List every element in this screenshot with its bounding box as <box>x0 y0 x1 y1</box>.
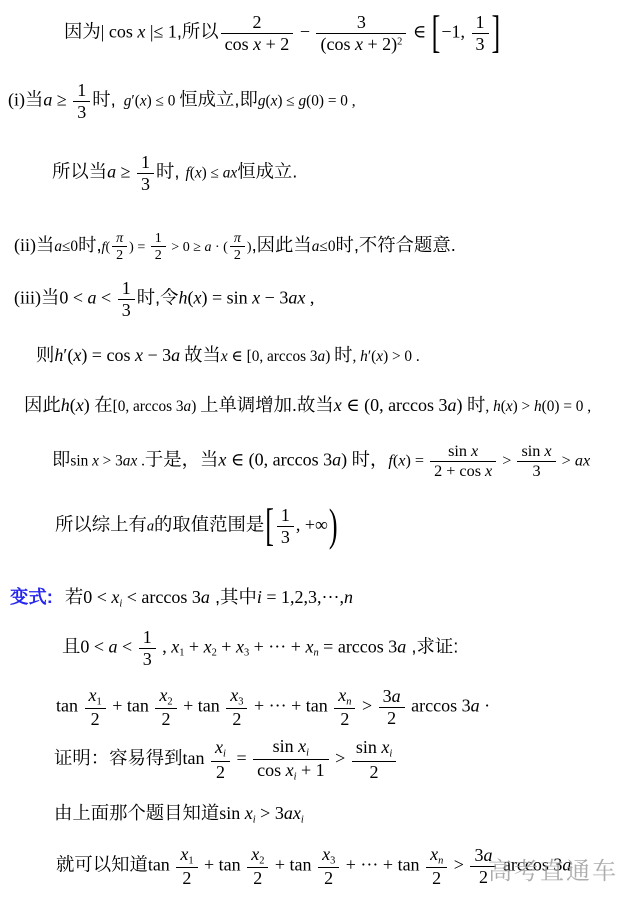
math-run: 2 <box>234 247 241 263</box>
math-run: + tan <box>179 696 225 716</box>
subscript: 1 <box>97 696 102 707</box>
math-variable: ax <box>575 451 590 469</box>
subscript: 1 <box>188 855 193 866</box>
math-variable: a <box>392 686 401 706</box>
math-variable: a <box>201 587 210 607</box>
math-run: , <box>485 398 493 415</box>
math-run: 1 <box>476 12 485 32</box>
math-run: 2 <box>387 708 396 728</box>
math-variable: x <box>195 164 202 181</box>
math-run: 2 <box>253 868 262 888</box>
text-run: 时, <box>156 160 179 181</box>
numerator: 1 <box>472 12 489 33</box>
condition-line: 且0 < a < 13 , x1 + x2 + x3 + ··· + xn = … <box>62 627 458 669</box>
denominator: 2 <box>230 246 245 263</box>
math-run: (cos <box>320 34 355 54</box>
denominator: 2 <box>352 761 396 783</box>
numerator: x2 <box>247 844 268 867</box>
math-run: 2 + cos <box>434 462 485 480</box>
denominator: 2 <box>112 246 127 263</box>
math-variable: x <box>236 636 244 656</box>
math-run: (i) <box>8 89 25 109</box>
numerator: xi <box>211 737 230 760</box>
math-run: ≤0 <box>62 238 78 255</box>
math-variable: a <box>109 636 118 656</box>
text-run: 的取值范围是 <box>154 513 264 534</box>
denominator: cos x + 2 <box>221 33 294 55</box>
math-run: 2 <box>324 868 333 888</box>
math-run: 3 <box>357 12 366 32</box>
math-run: ′( <box>63 345 73 365</box>
numerator: π <box>112 230 127 246</box>
bracket: [ <box>431 5 442 62</box>
math-variable: x <box>286 760 294 780</box>
math-variable: ax <box>284 803 301 823</box>
math-run: arccos 3 <box>407 696 471 716</box>
math-run: ) <box>84 395 95 415</box>
math-variable: x <box>471 442 478 460</box>
math-run: · <box>480 696 491 716</box>
inequality-chain-line: 即sin x > 3ax .于是，当x ∈ (0, arccos 3a) 时，f… <box>52 442 590 480</box>
denominator: 3 <box>118 299 135 321</box>
fraction: sin x3 <box>517 442 555 480</box>
denominator: 2 <box>226 708 247 730</box>
numerator: x3 <box>226 685 247 708</box>
math-variable: h <box>493 398 501 415</box>
fraction: 13 <box>472 12 489 54</box>
math-run: > <box>331 748 350 768</box>
math-variable: x <box>253 34 261 54</box>
text-run: 当 <box>25 88 43 109</box>
math-run: sin <box>448 442 471 460</box>
math-variable: x <box>355 34 363 54</box>
text-run: 故当 <box>184 344 221 365</box>
text-run: 则 <box>36 344 54 365</box>
math-run: ) = <box>129 239 149 255</box>
denominator: 3 <box>139 648 156 670</box>
subscript: 3 <box>238 696 243 707</box>
math-run: 3 <box>122 300 131 320</box>
math-variable: a <box>332 449 341 469</box>
math-run: sin <box>219 803 245 823</box>
fraction: xn2 <box>426 844 447 889</box>
math-run: ) ≤ 0 <box>147 92 180 109</box>
case-iii-line: (iii)当0 < a < 13时,令h(x) = sin x − 3ax , <box>14 278 314 320</box>
math-run: ) = <box>405 451 428 469</box>
math-variable: x <box>76 395 84 415</box>
subscript: i <box>301 814 304 825</box>
case-i-line: (i)当a ≥ 13时,g′(x) ≤ 0 恒成立,即g(x) ≤ g(0) =… <box>8 80 356 122</box>
denominator: (cos x + 2)2 <box>316 33 406 55</box>
math-run: 3 <box>383 686 392 706</box>
math-run: 2 <box>370 762 379 782</box>
fraction: xi2 <box>211 737 230 782</box>
math-variable: x <box>92 452 99 469</box>
math-run: 1 <box>77 80 86 100</box>
numerator: xn <box>426 844 447 867</box>
denominator: 2 <box>176 867 197 889</box>
fraction: π2 <box>230 230 245 263</box>
math-variable: x <box>221 348 228 365</box>
math-variable: ax <box>288 287 305 307</box>
denominator: 2 <box>155 708 176 730</box>
fraction: x22 <box>155 685 176 730</box>
math-run: ≥ <box>52 89 71 109</box>
math-variable: ax <box>223 164 237 181</box>
subscript: 3 <box>330 855 335 866</box>
bracket: [ <box>264 498 275 555</box>
math-variable: h <box>534 398 542 415</box>
denominator: 3 <box>472 33 489 55</box>
lemma-line: 由上面那个题目知道sin xi > 3axi <box>54 802 304 826</box>
math-run: > 3 <box>99 452 123 469</box>
numerator: 2 <box>221 12 294 33</box>
math-run: |≤ 1 <box>145 21 176 41</box>
claim-line: tan x12 + tan x22 + tan x32 + ··· + tan … <box>56 685 490 730</box>
text-run: 时 <box>334 344 352 365</box>
subscript: i <box>223 749 226 760</box>
denominator: 2 <box>151 246 166 263</box>
math-run: sin <box>273 736 299 756</box>
text-run: 证明：容易得到 <box>54 747 183 768</box>
text-run: 所以综上有 <box>55 513 147 534</box>
derivative-line: 则h′(x) = cos x − 3a故当x ∈ [0, arccos 3a) … <box>36 344 420 367</box>
math-run: tan <box>183 748 210 768</box>
denominator: 3 <box>137 173 154 195</box>
text-run: 于是，当 <box>145 448 218 469</box>
denominator: 2 <box>85 708 106 730</box>
fraction: x22 <box>247 844 268 889</box>
math-run: > <box>449 855 468 875</box>
subscript: i <box>389 749 392 760</box>
solution-document: 因为| cos x |≤ 1,所以2cos x + 2 − 3(cos x + … <box>0 0 638 904</box>
numerator: sin xi <box>253 736 329 759</box>
denominator: 2 <box>379 707 405 729</box>
math-variable: a <box>107 161 116 181</box>
math-variable: x <box>171 636 179 656</box>
fraction: 3(cos x + 2)2 <box>316 12 406 54</box>
math-variable: a <box>54 238 62 255</box>
math-run: ) ≤ <box>277 92 298 109</box>
math-run: 0 < <box>80 636 108 656</box>
math-variable: x <box>251 844 259 864</box>
math-run: , <box>353 348 361 365</box>
math-variable: x <box>544 442 551 460</box>
math-run: 2 <box>116 247 123 263</box>
math-variable: a <box>397 636 406 656</box>
math-run: ) > 0 . <box>383 348 420 365</box>
math-run: + ··· + tan <box>341 855 424 875</box>
math-run: , <box>158 636 172 656</box>
range-conclusion-line: 所以综上有a的取值范围是[13, +∞) <box>55 505 339 547</box>
math-variable: x <box>298 736 306 756</box>
math-run: 3 <box>281 527 290 547</box>
math-run: ) <box>341 449 352 469</box>
denominator: 2 <box>318 867 339 889</box>
denominator: 3 <box>517 461 555 481</box>
math-run: . <box>137 452 145 469</box>
math-run: ) > <box>513 398 534 415</box>
math-run: + ··· + <box>249 636 305 656</box>
math-variable: x <box>245 803 253 823</box>
numerator: xn <box>334 685 355 708</box>
math-run: + 2 <box>261 34 289 54</box>
text-run: ,其中 <box>210 586 257 607</box>
numerator: 1 <box>73 80 90 101</box>
text-run: 因为 <box>64 20 101 41</box>
math-run: 2 <box>232 709 241 729</box>
fraction: x12 <box>85 685 106 730</box>
text-run: 在 <box>94 394 112 415</box>
text-run: 当 <box>36 234 54 255</box>
math-run: ≤0 <box>319 238 335 255</box>
text-run: 由上面那个题目知道 <box>54 802 219 823</box>
variation-line: 变式:若0 < xi < arccos 3a ,其中i = 1,2,3,···,… <box>10 586 353 610</box>
subscript: 2 <box>167 696 172 707</box>
text-run: 即 <box>52 448 70 469</box>
math-run: (0) = 0 , <box>306 92 355 109</box>
math-variable: n <box>344 587 353 607</box>
math-run: = 1,2,3,···, <box>262 587 344 607</box>
math-run: ′( <box>131 92 139 109</box>
math-run: cos <box>225 34 254 54</box>
math-run: ∈ <box>408 21 430 41</box>
denominator: 2 <box>426 867 447 889</box>
text-run: 就可以知道 <box>56 854 148 875</box>
numerator: x1 <box>85 685 106 708</box>
text-run: 时,不符合题意. <box>335 234 455 255</box>
math-variable: ax <box>123 452 137 469</box>
math-run: − 3 <box>260 287 288 307</box>
numerator: sin x <box>517 442 555 461</box>
math-run: sin <box>356 737 382 757</box>
math-run: 0 < <box>59 287 87 307</box>
math-run: + tan <box>270 855 316 875</box>
text-run: 上单调增加.故当 <box>200 394 334 415</box>
text-run: 所以当 <box>52 160 107 181</box>
math-run: + tan <box>108 696 154 716</box>
numerator: 1 <box>277 505 294 526</box>
intro-inequality-line: 因为| cos x |≤ 1,所以2cos x + 2 − 3(cos x + … <box>64 12 501 54</box>
math-variable: h <box>61 395 70 415</box>
math-run: − 3 <box>143 345 171 365</box>
text-run: ,因此当 <box>252 234 312 255</box>
math-run: tan <box>148 855 175 875</box>
math-run: + 1 <box>297 760 325 780</box>
math-variable: x <box>334 395 342 415</box>
fraction: 3a2 <box>379 686 405 728</box>
numerator: sin xi <box>352 737 396 760</box>
math-run: 2 <box>432 868 441 888</box>
fraction: 12 <box>151 230 166 263</box>
math-run: ) = cos <box>81 345 135 365</box>
bracket: ) <box>328 498 339 555</box>
denominator: 3 <box>277 526 294 548</box>
math-run: ′( <box>368 348 376 365</box>
fraction: x12 <box>176 844 197 889</box>
numerator: π <box>230 230 245 246</box>
case-ii-line: (ii)当a≤0时,f(π2) = 12 > 0 ≥ a · (π2),因此当a… <box>14 230 456 263</box>
math-variable: a <box>88 287 97 307</box>
math-run: + <box>184 636 203 656</box>
numerator: sin x <box>430 442 496 461</box>
numerator: 1 <box>137 152 154 173</box>
math-run: ≥ <box>116 161 135 181</box>
math-run: 2 <box>216 762 225 782</box>
math-run: ∈ (0, arccos 3 <box>226 449 332 469</box>
fraction: 13 <box>277 505 294 547</box>
math-run: ) ≤ <box>202 164 223 181</box>
fraction: x32 <box>318 844 339 889</box>
math-run: = <box>232 748 251 768</box>
text-run: 时,令 <box>137 286 179 307</box>
fraction: 13 <box>118 278 135 320</box>
math-variable: h <box>179 287 188 307</box>
superscript: 2 <box>397 36 402 47</box>
denominator: 2 + cos x <box>430 461 496 481</box>
math-variable: x <box>506 398 513 415</box>
text-run: 当 <box>41 286 59 307</box>
math-run: 3 <box>77 102 86 122</box>
math-run: 3 <box>476 34 485 54</box>
math-run: > 3 <box>256 803 284 823</box>
math-run: 3 <box>532 462 540 480</box>
text-run: 且 <box>62 635 80 656</box>
math-run: 2 <box>340 709 349 729</box>
numerator: 1 <box>139 627 156 648</box>
math-run: 0 < <box>83 587 111 607</box>
math-run: · ( <box>211 239 227 255</box>
numerator: 1 <box>118 278 135 299</box>
text-run: ,所以 <box>177 20 219 41</box>
math-run: 1 <box>143 627 152 647</box>
math-run: = arccos 3 <box>319 636 398 656</box>
text-run: 恒成立. <box>237 160 297 181</box>
case-i-conclusion-line: 所以当a ≥ 13时,f(x) ≤ ax恒成立. <box>52 152 297 194</box>
math-run: ) <box>191 398 200 415</box>
math-run: , +∞ <box>296 514 328 534</box>
math-run: < <box>118 636 137 656</box>
denominator: 3 <box>73 101 90 123</box>
text-run: 时 <box>467 394 485 415</box>
math-variable: a <box>147 518 154 534</box>
math-run: 1 <box>281 505 290 525</box>
denominator: 2 <box>211 761 230 783</box>
fraction: 13 <box>73 80 90 122</box>
math-run: (ii) <box>14 235 36 255</box>
math-run: + 2) <box>363 34 397 54</box>
math-variable: x <box>252 287 260 307</box>
math-run: ) = sin <box>202 287 253 307</box>
math-run: ∈ [0, arccos 3 <box>228 348 318 365</box>
fraction: 2cos x + 2 <box>221 12 294 54</box>
math-variable: a <box>471 696 480 716</box>
math-run: − <box>295 21 314 41</box>
numerator: 3a <box>379 686 405 707</box>
math-run: > <box>558 451 575 469</box>
math-run: ) <box>457 395 468 415</box>
math-variable: π <box>234 230 241 246</box>
math-run: 2 <box>91 709 100 729</box>
fraction: xn2 <box>334 685 355 730</box>
text-run: 时, <box>78 234 101 255</box>
numerator: x1 <box>176 844 197 867</box>
subscript: i <box>306 747 309 758</box>
math-run: 3 <box>143 649 152 669</box>
bracket: ] <box>491 5 502 62</box>
math-variable: x <box>89 685 97 705</box>
math-variable: π <box>116 230 123 246</box>
watermark: 高考直通车 <box>488 851 618 886</box>
numerator: 1 <box>151 230 166 246</box>
fraction: x32 <box>226 685 247 730</box>
math-variable: a <box>448 395 457 415</box>
math-run: 2 <box>479 867 488 887</box>
text-run: 恒成立,即 <box>179 88 258 109</box>
math-run: ( <box>105 239 110 255</box>
text-run: 因此 <box>24 394 61 415</box>
math-variable: x <box>322 844 330 864</box>
fraction: 13 <box>139 627 156 669</box>
math-run: ) <box>325 348 334 365</box>
math-run: < <box>97 287 116 307</box>
variation-label: 变式: <box>10 586 53 607</box>
math-run: 2 <box>161 709 170 729</box>
numerator: 3 <box>316 12 406 33</box>
math-variable: x <box>194 287 202 307</box>
math-run: 2 <box>182 868 191 888</box>
subscript: 2 <box>259 855 264 866</box>
denominator: cos xi + 1 <box>253 759 329 783</box>
math-run: + ··· + tan <box>249 696 332 716</box>
math-run: > <box>498 451 515 469</box>
math-variable: x <box>215 737 223 757</box>
subscript: n <box>346 696 351 707</box>
math-run: 3 <box>141 174 150 194</box>
math-variable: x <box>485 462 492 480</box>
monotonic-line: 因此h(x) 在[0, arccos 3a) 上单调增加.故当x ∈ (0, a… <box>24 394 591 417</box>
denominator: 2 <box>334 708 355 730</box>
math-run: sin <box>521 442 544 460</box>
math-run: | cos <box>101 21 138 41</box>
math-variable: h <box>360 348 368 365</box>
text-run: 若 <box>65 586 83 607</box>
fraction: sin xicos xi + 1 <box>253 736 329 784</box>
math-run: (0) = 0 , <box>542 398 591 415</box>
math-run: (iii) <box>14 287 41 307</box>
text-run: ,求证: <box>406 635 458 656</box>
math-run: [0, arccos 3 <box>113 398 184 415</box>
math-run: , <box>305 287 314 307</box>
proof-line: 证明：容易得到tan xi2 = sin xicos xi + 1 > sin … <box>54 736 398 784</box>
numerator: x2 <box>155 685 176 708</box>
math-variable: x <box>430 844 438 864</box>
math-variable: a <box>171 345 180 365</box>
math-run: > 0 ≥ <box>168 239 205 255</box>
math-run: 2 <box>155 247 162 263</box>
denominator: 2 <box>247 867 268 889</box>
math-variable: x <box>140 92 147 109</box>
math-run: −1, <box>441 21 469 41</box>
math-run: sin <box>70 452 92 469</box>
math-run: > <box>357 696 376 716</box>
math-run: tan <box>56 696 83 716</box>
fraction: sin x2 + cos x <box>430 442 496 480</box>
math-variable: x <box>135 345 143 365</box>
text-run: 时, <box>92 88 115 109</box>
math-run: 2 <box>252 12 261 32</box>
fraction: sin xi2 <box>352 737 396 782</box>
